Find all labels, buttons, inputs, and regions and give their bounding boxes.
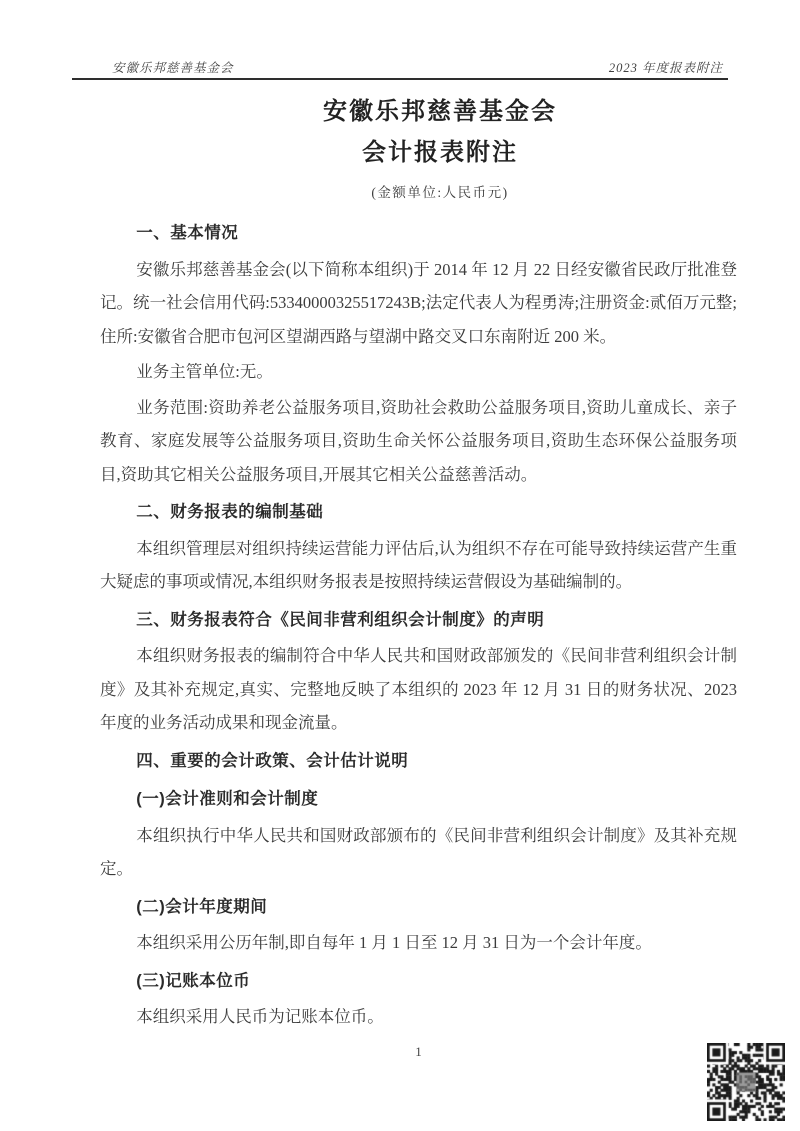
document-title-line1: 安徽乐邦慈善基金会 [80,96,800,128]
header-org-name: 安徽乐邦慈善基金会 [112,58,234,76]
paragraph: 本组织采用人民币为记账本位币。 [100,1000,737,1034]
paragraph: 本组织采用公历年制,即自每年 1 月 1 日至 12 月 31 日为一个会计年度… [100,926,737,960]
paragraph: 本组织财务报表的编制符合中华人民共和国财政部颁发的《民间非营利组织会计制度》及其… [100,639,737,740]
paragraph: 本组织管理层对组织持续运营能力评估后,认为组织不存在可能导致持续运营产生重大疑虑… [100,532,737,599]
subsection-heading-functional-currency: (三)记账本位币 [100,965,737,999]
document-title-line2: 会计报表附注 [80,137,800,169]
paragraph: 安徽乐邦慈善基金会(以下简称本组织)于 2014 年 12 月 22 日经安徽省… [100,253,737,354]
header-rule [72,78,728,80]
page-number: 1 [100,1044,737,1060]
document-page: 安徽乐邦慈善基金会 2023 年度报表附注 安徽乐邦慈善基金会 会计报表附注 (… [0,0,800,1131]
paragraph: 业务主管单位:无。 [100,355,737,389]
section-heading-basic-info: 一、基本情况 [100,217,737,251]
qr-code-icon [707,1043,785,1121]
subsection-heading-fiscal-year: (二)会计年度期间 [100,891,737,925]
section-heading-compliance-statement: 三、财务报表符合《民间非营利组织会计制度》的声明 [100,604,737,638]
currency-unit-note: (金额单位:人民币元) [80,184,800,202]
header-report-label: 2023 年度报表附注 [609,58,723,76]
section-heading-preparation-basis: 二、财务报表的编制基础 [100,496,737,530]
paragraph: 业务范围:资助养老公益服务项目,资助社会救助公益服务项目,资助儿童成长、亲子教育… [100,391,737,492]
document-body: 一、基本情况 安徽乐邦慈善基金会(以下简称本组织)于 2014 年 12 月 2… [100,212,737,1034]
title-block: 安徽乐邦慈善基金会 会计报表附注 (金额单位:人民币元) [0,96,800,202]
paragraph: 本组织执行中华人民共和国财政部颁布的《民间非营利组织会计制度》及其补充规定。 [100,819,737,886]
subsection-heading-accounting-standards: (一)会计准则和会计制度 [100,783,737,817]
section-heading-accounting-policies: 四、重要的会计政策、会计估计说明 [100,745,737,779]
